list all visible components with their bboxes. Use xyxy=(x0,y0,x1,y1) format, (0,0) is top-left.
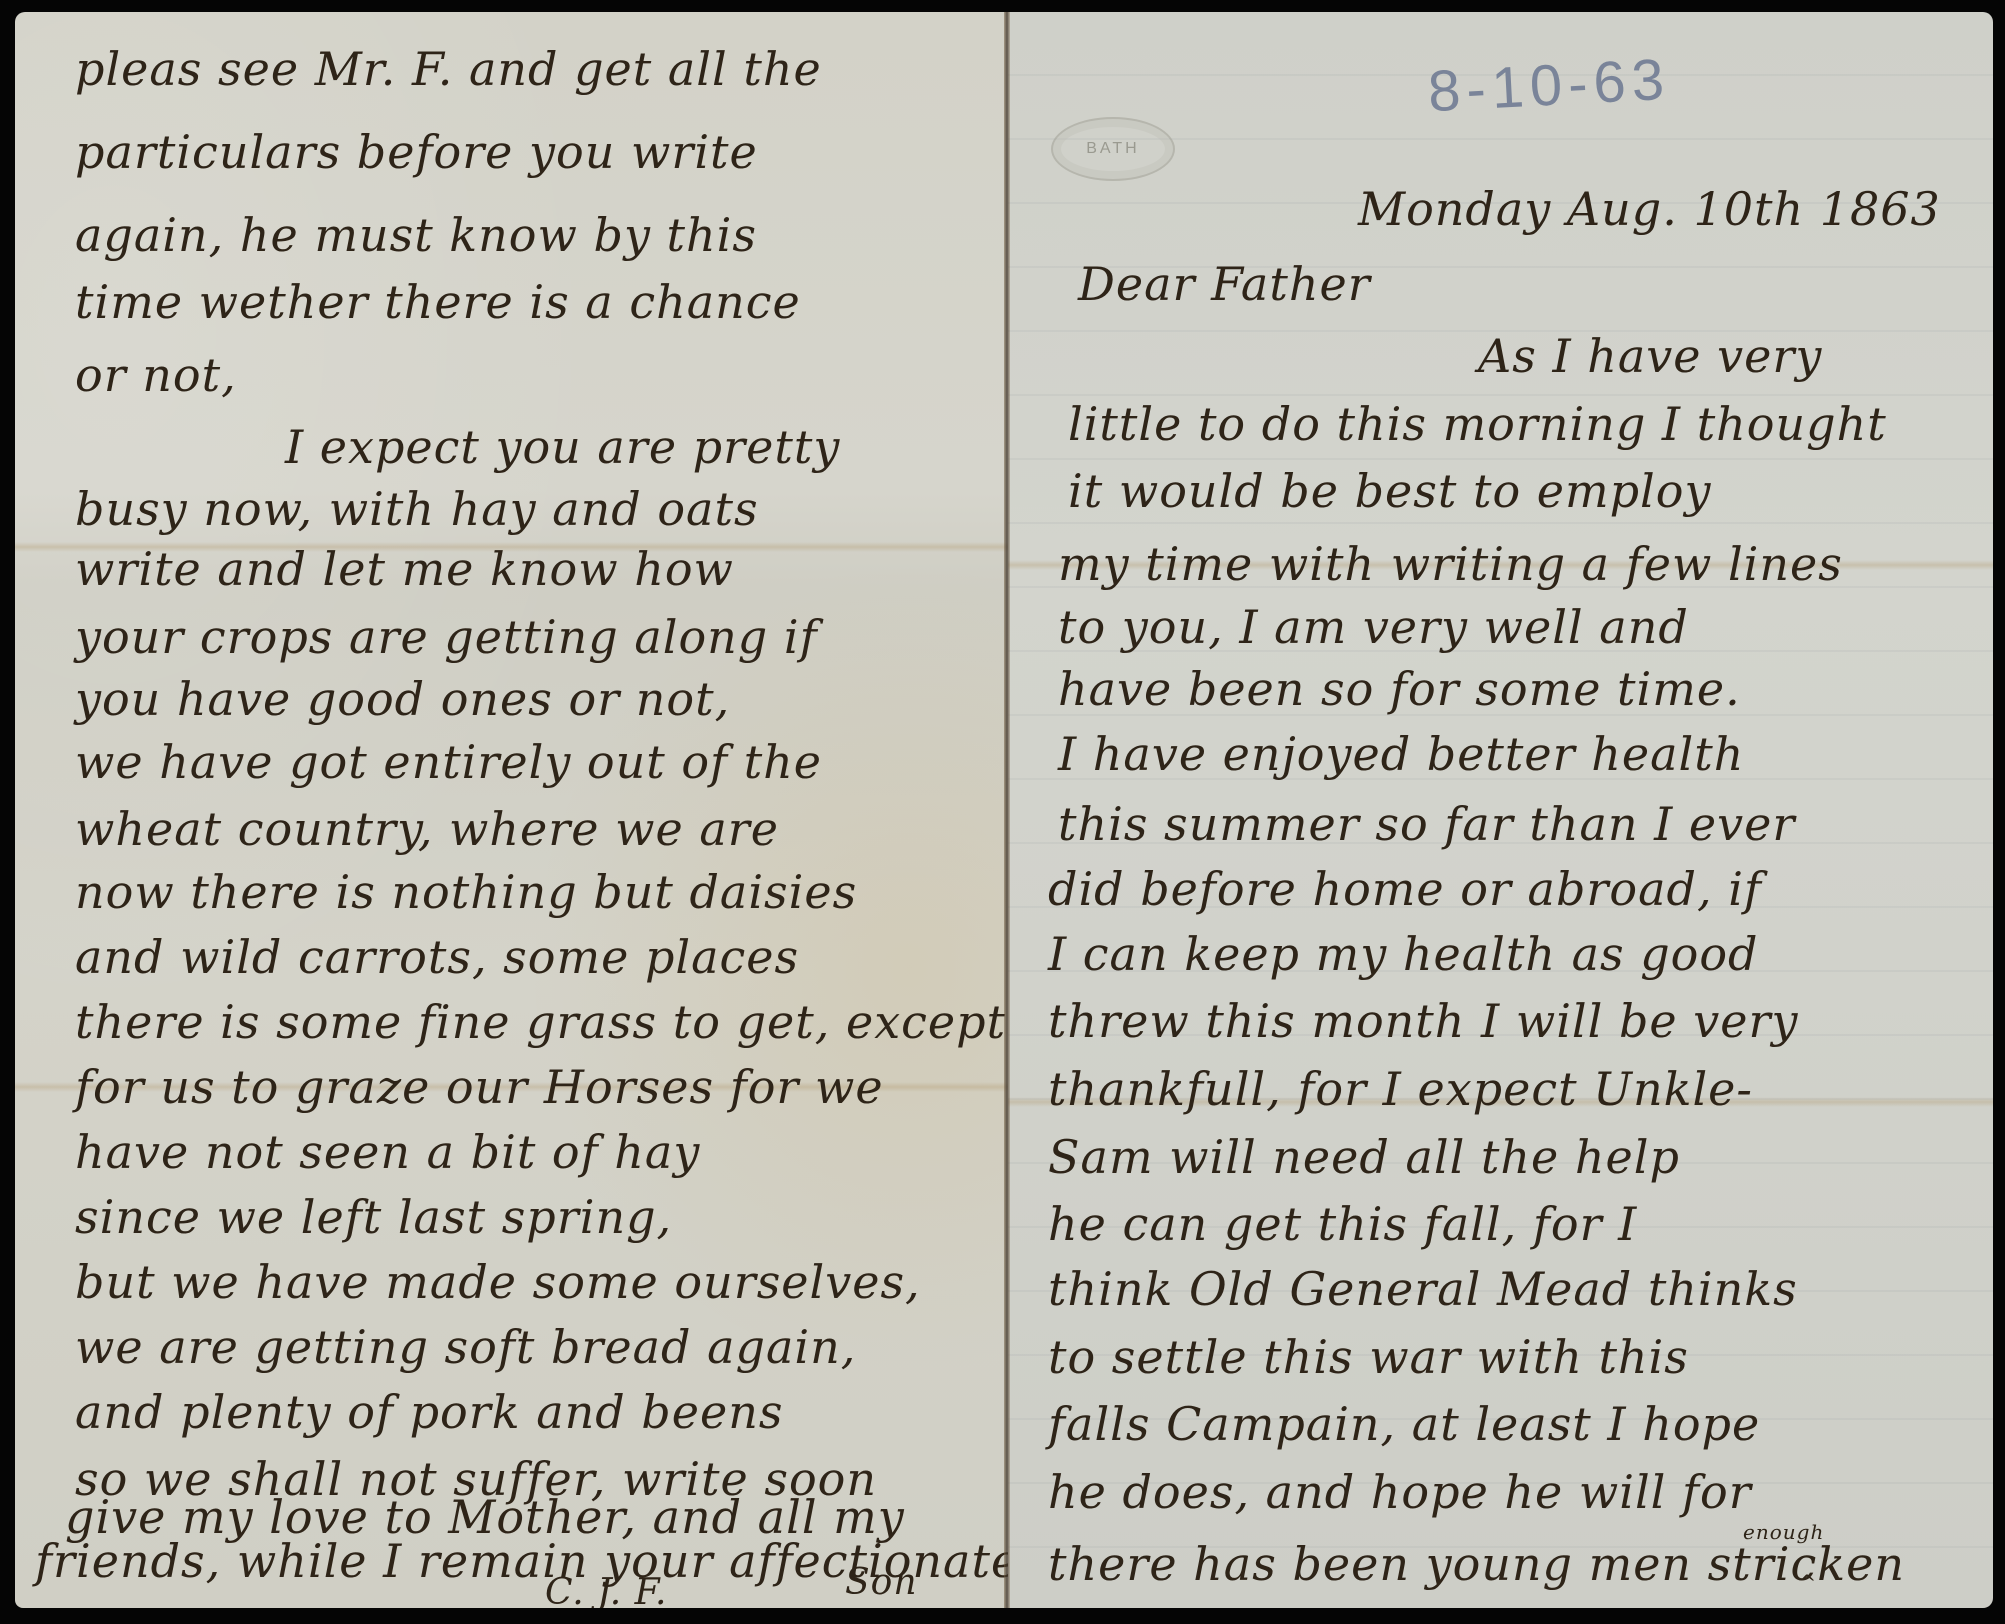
letter-line: there is some fine grass to get, except xyxy=(75,995,1006,1049)
letter-left-page: pleas see Mr. F. and get all the particu… xyxy=(15,12,1008,1608)
letter-line: particulars before you write xyxy=(75,125,758,179)
salutation: Dear Father xyxy=(1078,257,1371,311)
dateline: Monday Aug. 10th 1863 xyxy=(1358,182,1941,236)
letter-line: and wild carrots, some places xyxy=(75,930,799,984)
letter-line: it would be best to employ xyxy=(1068,464,1711,518)
letter-line: now there is nothing but daisies xyxy=(75,865,857,919)
letter-line: did before home or abroad, if xyxy=(1048,862,1762,916)
letter-line: thankfull, for I expect Unkle- xyxy=(1048,1062,1753,1116)
letter-line: for us to graze our Horses for we xyxy=(75,1060,884,1114)
letter-line: I have enjoyed better health xyxy=(1058,727,1744,781)
letter-line: time wether there is a chance xyxy=(75,275,801,329)
letter-line: I expect you are pretty xyxy=(285,420,840,474)
letter-line: or not, xyxy=(75,348,237,402)
letter-line: to you, I am very well and xyxy=(1058,600,1689,654)
insertion-caret-icon: ^ xyxy=(1798,1572,1816,1597)
letter-line: Sam will need all the help xyxy=(1048,1130,1680,1184)
archival-date-pencil: 8-10-63 xyxy=(1426,46,1671,126)
letter-line: you have good ones or not, xyxy=(75,672,730,726)
letter-line: little to do this morning I thought xyxy=(1068,397,1887,451)
letter-line: since we left last spring, xyxy=(75,1190,672,1244)
signature-initials: C. J. F. xyxy=(545,1572,668,1608)
letter-line: he does, and hope he will for xyxy=(1048,1465,1752,1519)
signature-son: Son xyxy=(845,1562,918,1603)
letter-line: I can keep my health as good xyxy=(1048,927,1759,981)
letter-line: think Old General Mead thinks xyxy=(1048,1262,1798,1316)
letter-line: he can get this fall, for I xyxy=(1048,1197,1637,1251)
letter-line: wheat country, where we are xyxy=(75,802,779,856)
letter-line: we are getting soft bread again, xyxy=(75,1320,856,1374)
bath-emboss-stamp: BATH xyxy=(1051,117,1175,181)
letter-line: your crops are getting along if xyxy=(75,610,818,664)
letter-right-page: 8-10-63 BATH Monday Aug. 10th 1863 Dear … xyxy=(1008,12,1993,1608)
letter-line: again, he must know by this xyxy=(75,208,757,262)
letter-line: pleas see Mr. F. and get all the xyxy=(75,42,822,96)
letter-line: threw this month I will be very xyxy=(1048,994,1798,1048)
center-fold xyxy=(1004,12,1010,1608)
letter-line: there has been young men stricken xyxy=(1048,1537,1905,1591)
letter-line: falls Campain, at least I hope xyxy=(1048,1397,1760,1451)
letter-line: As I have very xyxy=(1478,329,1822,383)
letter-line: busy now, with hay and oats xyxy=(75,482,759,536)
letter-line: this summer so far than I ever xyxy=(1058,797,1795,851)
letter-line: we have got entirely out of the xyxy=(75,735,822,789)
letter-line: but we have made some ourselves, xyxy=(75,1255,921,1309)
letter-line: and plenty of pork and beens xyxy=(75,1385,783,1439)
letter-line: my time with writing a few lines xyxy=(1058,537,1843,591)
letter-line: to settle this war with this xyxy=(1048,1330,1689,1384)
letter-line: write and let me know how xyxy=(75,542,734,596)
letter-line: have not seen a bit of hay xyxy=(75,1125,700,1179)
letter-line: have been so for some time. xyxy=(1058,662,1741,716)
